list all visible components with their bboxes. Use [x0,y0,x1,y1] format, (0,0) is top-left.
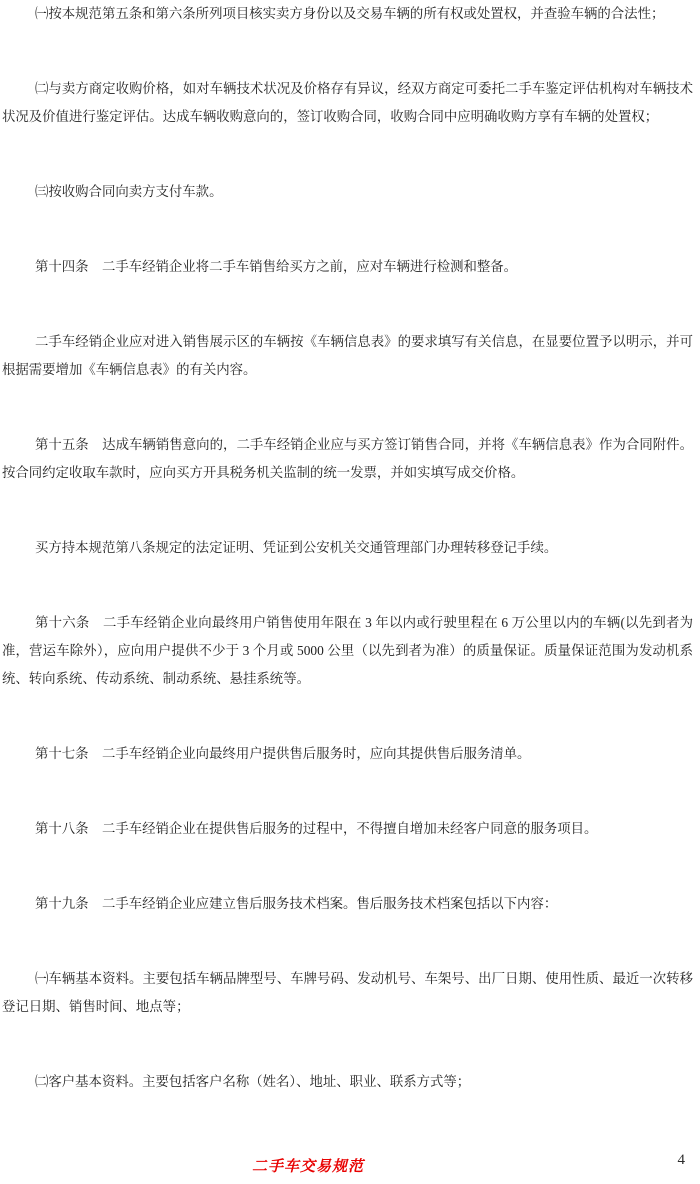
article-19-item-1: ㈠车辆基本资料。主要包括车辆品牌型号、车牌号码、发动机号、车架号、出厂日期、使用… [2,965,693,1021]
article-16-paragraph: 第十六条 二手车经销企业向最终用户销售使用年限在 3 年以内或行驶里程在 6 万… [2,609,693,693]
footer-title: 二手车交易规范 [252,1155,364,1176]
article-14-paragraph-2: 二手车经销企业应对进入销售展示区的车辆按《车辆信息表》的要求填写有关信息，在显要… [2,328,693,384]
article-15-paragraph-2: 买方持本规范第八条规定的法定证明、凭证到公安机关交通管理部门办理转移登记手续。 [2,534,693,562]
article-17-paragraph: 第十七条 二手车经销企业向最终用户提供售后服务时，应向其提供售后服务清单。 [2,740,693,768]
page-number: 4 [678,1152,686,1169]
article-19-item-2: ㈡客户基本资料。主要包括客户名称（姓名）、地址、职业、联系方式等； [2,1068,693,1096]
document-page: ㈠按本规范第五条和第六条所列项目核实卖方身份以及交易车辆的所有权或处置权，并查验… [0,0,700,1184]
article-18-paragraph: 第十八条 二手车经销企业在提供售后服务的过程中，不得擅自增加未经客户同意的服务项… [2,815,693,843]
article-19-paragraph: 第十九条 二手车经销企业应建立售后服务技术档案。售后服务技术档案包括以下内容： [2,890,693,918]
list-item-3: ㈢按收购合同向卖方支付车款。 [2,178,693,206]
document-body: ㈠按本规范第五条和第六条所列项目核实卖方身份以及交易车辆的所有权或处置权，并查验… [2,0,693,1143]
article-14-paragraph: 第十四条 二手车经销企业将二手车销售给买方之前，应对车辆进行检测和整备。 [2,253,693,281]
article-15-paragraph: 第十五条 达成车辆销售意向的，二手车经销企业应与买方签订销售合同，并将《车辆信息… [2,431,693,487]
list-item-1: ㈠按本规范第五条和第六条所列项目核实卖方身份以及交易车辆的所有权或处置权，并查验… [2,0,693,28]
list-item-2: ㈡与卖方商定收购价格，如对车辆技术状况及价格存有异议，经双方商定可委托二手车鉴定… [2,75,693,131]
